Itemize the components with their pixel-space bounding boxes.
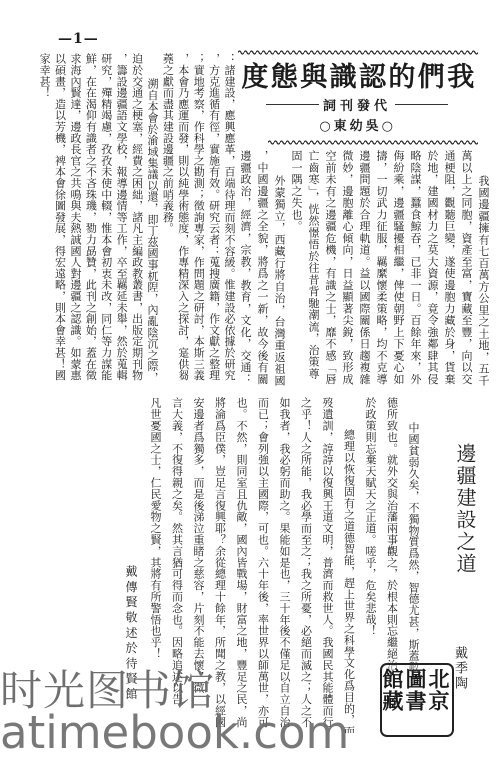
article1-body-continued: ：諸建設，應興應革，百端待理而刻不容緩。惟建設必依據於研究 ，方克進循有徑，實施… <box>36 53 237 395</box>
text-column: 邊疆政治，經濟，宗教，教育，文化，交通： <box>237 150 254 390</box>
text-column: 之乎！人之所能，我必學而至之；我之所憂，必絕而滅之；人之不 <box>295 397 317 733</box>
text-column: 總理以恢復固有之道德智能，趕上世界之科學文化爲目的，而臨 <box>338 397 360 733</box>
text-column: ，籌設邊疆語文學校，報導邊情等工作，卒至羈延未舉，然於蒐輯 <box>114 53 129 395</box>
text-column: 家幸甚！ <box>37 53 52 395</box>
text-column: 略陰謀，蠶食鯨吞，已非一日。百餘年來，外 <box>407 150 424 390</box>
text-column: 侮紛乘，邊疆騷擾相繼，俾使朝野上下憂心如 <box>390 150 407 390</box>
watermark-url: atimebook.com <box>0 706 349 759</box>
wavy-line-decoration <box>238 49 478 56</box>
subtitle-rule-right <box>395 104 448 105</box>
text-column: 固一隅之失也。 <box>288 150 305 390</box>
text-column: 如我者，我必躬而助之。果能如是也，三十年後不僅足以自立自治 <box>274 397 296 733</box>
text-column: ；實地考察，作科學之勘測；徵詢專家，作問題之研討，本斯三義 <box>191 53 206 395</box>
article1-body-main: 我國邊疆擁有七百萬方公里之土地，五千 萬以上之同胞，資產至富，寶藏至豐，向以交 … <box>236 150 492 390</box>
text-column: 我國邊疆擁有七百萬方公里之土地，五千 <box>475 150 492 390</box>
text-column: 鮮，在在渴仰有識者之不吝珠璣，勠力勗贊，此刊之創始，蓋在徵 <box>83 53 98 395</box>
seal-column: 北京 <box>427 668 450 732</box>
subtitle-rule-left <box>266 104 319 105</box>
text-column: 以碩畫，造以芳機，裨本會徐圖發展，得宏遠略，則本會幸甚！國 <box>52 53 67 395</box>
article-subtitle: 代發刊詞 <box>266 96 448 112</box>
text-column: 邊疆問題於合理軌道。益以國際關係日趨複雜 <box>356 150 373 390</box>
wavy-rule-bottom <box>268 139 478 146</box>
text-column: 外蒙獨立，西藏行將自治，台灣重返祖國 <box>271 150 288 390</box>
seal-column: 館藏 <box>381 668 404 732</box>
text-column: 研究，殫精竭慮，孜孜未使中輟，惟本會初衷未改，同仁等力謀能 <box>98 53 113 395</box>
text-column: 歿遺訓，諄諄以復興王道文明，普濟而救世人。我國民其能體而行 <box>317 397 339 733</box>
library-seal-stamp: 北京 圖書 館藏 <box>380 663 454 737</box>
text-column: 萬以上之同胞，資產至富，寶藏至豐，向以交 <box>458 150 475 390</box>
text-column: ，方克進循有徑，實施有效。研究云者：蒐搜廣籍，作文獻之整理 <box>206 53 221 395</box>
text-column: 亡齒寒」，恍然憬悟於往昔背馳潮流，治策尊 <box>305 150 322 390</box>
text-column: 微妙，邊胞離心傾向，日益顯著尖銳，致形成 <box>339 150 356 390</box>
subtitle-text: 代發刊詞 <box>323 95 391 114</box>
article-title: 我們的認識與態度 <box>238 60 480 96</box>
text-column: 溯自本會於渝域集議以還，即丁茲國事杌隉，內亂陰沉之際， <box>145 53 160 395</box>
text-column: 空前未有之邊疆危機，有識之士，靡不感「唇 <box>322 150 339 390</box>
article-author: ○吳幼東○ <box>326 115 396 134</box>
text-column: 迫於交通之梗塞，經費之困絀，諸凡主編政教叢書，出版定期刊物 <box>129 53 144 395</box>
text-column: 擣，一切武力征服，羈縻懷柔策略，均不克導 <box>373 150 390 390</box>
page-number: —1— <box>58 31 99 47</box>
text-column: 於地，建國材力之莫大資源，竟令強鄰肆其侵 <box>424 150 441 390</box>
text-column: ：諸建設，應興應革，百端待理而刻不容緩。惟建設必依據於研究 <box>222 53 237 395</box>
text-column: 通梗阻，觀聽巨變，遂使邊胞力藏於身，貨棄 <box>441 150 458 390</box>
wavy-rule-top <box>238 49 478 56</box>
text-column: 於政策則忘棄天賦天之正道。嗟乎，危矣悲哉！ <box>360 397 382 733</box>
text-column: ，本會乃應運而發，則以純學術態度，作專精深入之探討，寔供芻 <box>175 53 190 395</box>
text-column: 蕘之獻而盡其建設邊疆之前哨義務。 <box>160 53 175 395</box>
text-column: ，中國邊疆之全貌，將爲之一新，故今後有關 <box>254 150 271 390</box>
text-column: 也。不然，則同室且仇敵，國內皆戰場，財富之地，豐足之民，尚 <box>231 397 253 733</box>
text-column: 而已；會列強以主國際，可也。六十年後，率世界以師萬世，亦可 <box>252 397 274 733</box>
wavy-line-decoration <box>268 139 478 146</box>
seal-column: 圖書 <box>404 668 427 732</box>
article2-title: 邊疆建設之道 <box>452 443 478 575</box>
text-column: 求海內賢達，邊政長官之共鳴與夫熱誠國人對邊疆之認識。如蒙惠 <box>68 53 83 395</box>
